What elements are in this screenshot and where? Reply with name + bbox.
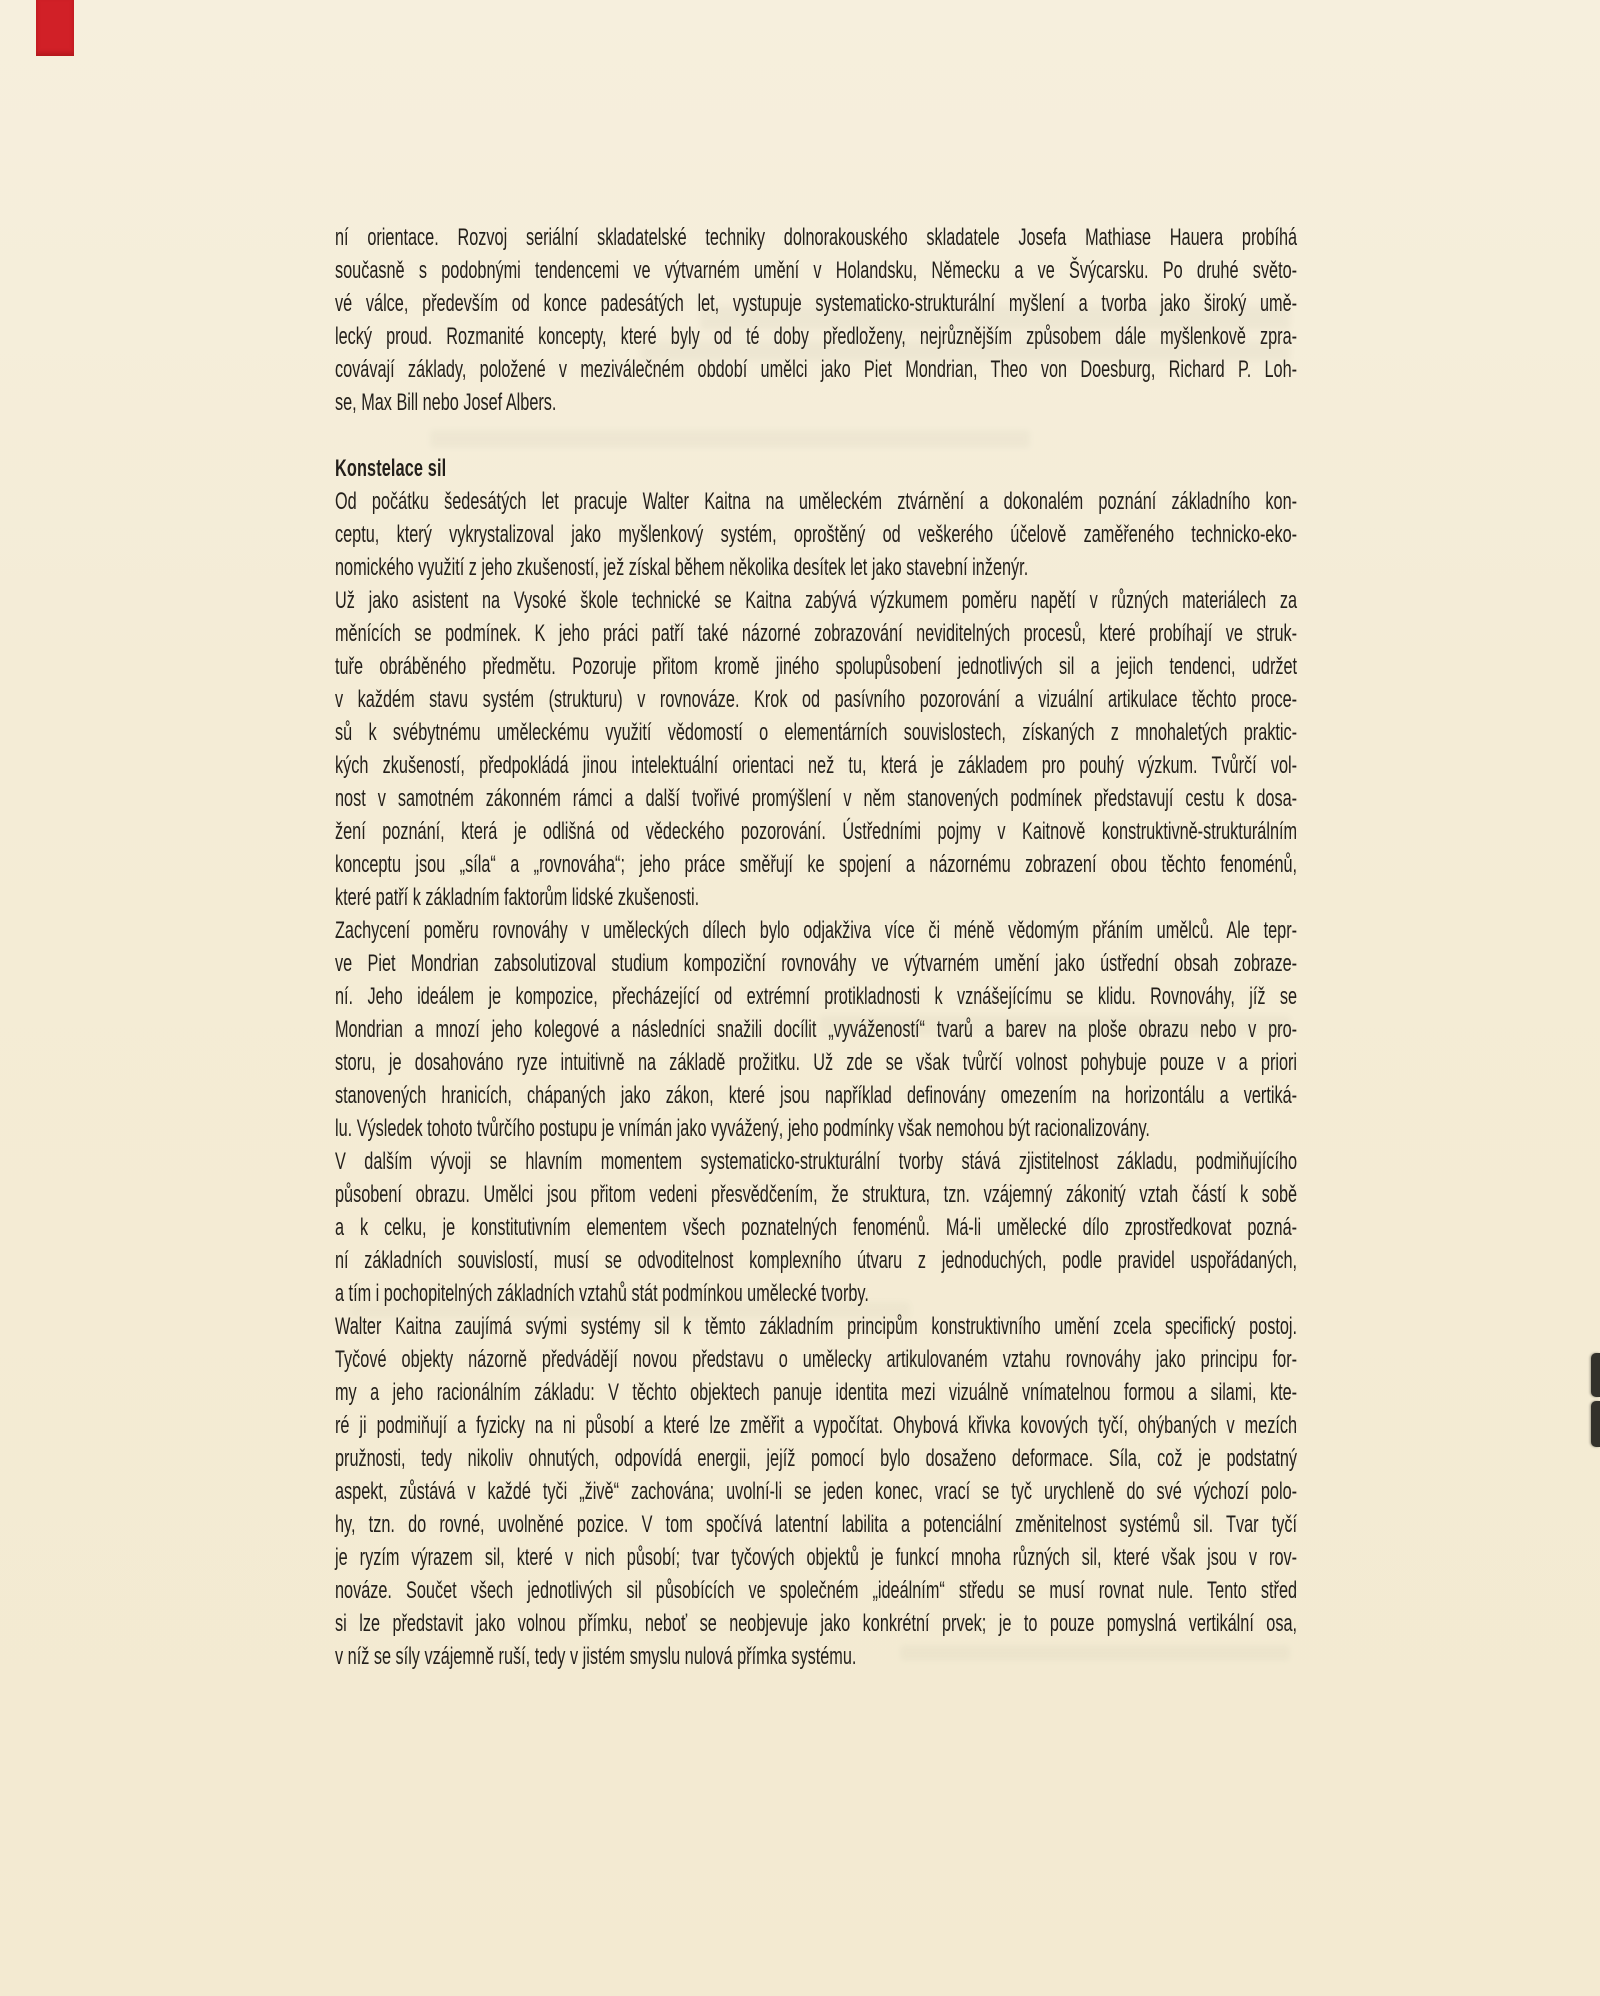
text-line: Walter Kaitna zaujímá svými systémy sil … [335, 1310, 1297, 1343]
text-column: ní orientace. Rozvoj seriální skladatels… [335, 221, 1297, 1673]
text-line: a tím i pochopitelných základních vztahů… [335, 1277, 1297, 1310]
scanned-page: ní orientace. Rozvoj seriální skladatels… [0, 0, 1600, 1996]
text-line: ré ji podmiňují a fyzicky na ni působí a… [335, 1409, 1297, 1442]
text-line: si lze představit jako volnou přímku, ne… [335, 1607, 1297, 1640]
text-line: Zachycení poměru rovnováhy v uměleckých … [335, 914, 1297, 947]
text-line: aspekt, zůstává v každé tyči „živě“ zach… [335, 1475, 1297, 1508]
text-line: storu, je dosahováno ryze intuitivně na … [335, 1046, 1297, 1079]
text-line: konceptu jsou „síla“ a „rovnováha“; jeho… [335, 848, 1297, 881]
text-line: se, Max Bill nebo Josef Albers. [335, 386, 1297, 419]
text-line: Mondrian a mnozí jeho kolegové a následn… [335, 1013, 1297, 1046]
text-line: je ryzím výrazem sil, které v nich působ… [335, 1541, 1297, 1574]
text-line: ve Piet Mondrian zabsolutizoval studium … [335, 947, 1297, 980]
section-heading: Konstelace sil [335, 452, 1297, 485]
text-line: Už jako asistent na Vysoké škole technic… [335, 584, 1297, 617]
text-line: hy, tzn. do rovné, uvolněné pozice. V to… [335, 1508, 1297, 1541]
text-line: my a jeho racionálním základu: V těchto … [335, 1376, 1297, 1409]
text-line: Od počátku šedesátých let pracuje Walter… [335, 485, 1297, 518]
text-line: žení poznání, která je odlišná od vědeck… [335, 815, 1297, 848]
text-line: lecký proud. Rozmanité koncepty, které b… [335, 320, 1297, 353]
text-line: v každém stavu systém (strukturu) v rovn… [335, 683, 1297, 716]
red-corner-mark [36, 0, 74, 56]
text-line: a k celku, je konstitutivním elementem v… [335, 1211, 1297, 1244]
text-line: ceptu, který vykrystalizoval jako myšlen… [335, 518, 1297, 551]
page-edge-ink-mark [1591, 1353, 1600, 1397]
text-line: působení obrazu. Umělci jsou přitom vede… [335, 1178, 1297, 1211]
text-line: lu. Výsledek tohoto tvůrčího postupu je … [335, 1112, 1297, 1145]
text-line: ní. Jeho ideálem je kompozice, přecházej… [335, 980, 1297, 1013]
text-line: nováze. Součet všech jednotlivých sil pů… [335, 1574, 1297, 1607]
text-line: měnících se podmínek. K jeho práci patří… [335, 617, 1297, 650]
text-line: covávají základy, položené v meziválečné… [335, 353, 1297, 386]
text-line: stanovených hranicích, chápaných jako zá… [335, 1079, 1297, 1112]
text-line: v níž se síly vzájemně ruší, tedy v jist… [335, 1640, 1297, 1673]
text-line: V dalším vývoji se hlavním momentem syst… [335, 1145, 1297, 1178]
text-line: tuře obráběného předmětu. Pozoruje přito… [335, 650, 1297, 683]
text-line: pružnosti, tedy nikoliv ohnutých, odpoví… [335, 1442, 1297, 1475]
text-line: současně s podobnými tendencemi ve výtva… [335, 254, 1297, 287]
page-edge-ink-mark [1591, 1401, 1600, 1447]
text-line: které patří k základním faktorům lidské … [335, 881, 1297, 914]
text-line: ní orientace. Rozvoj seriální skladatels… [335, 221, 1297, 254]
text-line: nost v samotném zákonném rámci a další t… [335, 782, 1297, 815]
text-line: ní základních souvislostí, musí se odvod… [335, 1244, 1297, 1277]
text-line: vé válce, především od konce padesátých … [335, 287, 1297, 320]
text-line: nomického využití z jeho zkušeností, jež… [335, 551, 1297, 584]
text-line: kých zkušeností, předpokládá jinou intel… [335, 749, 1297, 782]
text-line: Tyčové objekty názorně předvádějí novou … [335, 1343, 1297, 1376]
text-line: sů k svébytnému uměleckému využití vědom… [335, 716, 1297, 749]
paragraph-gap [335, 419, 1297, 452]
